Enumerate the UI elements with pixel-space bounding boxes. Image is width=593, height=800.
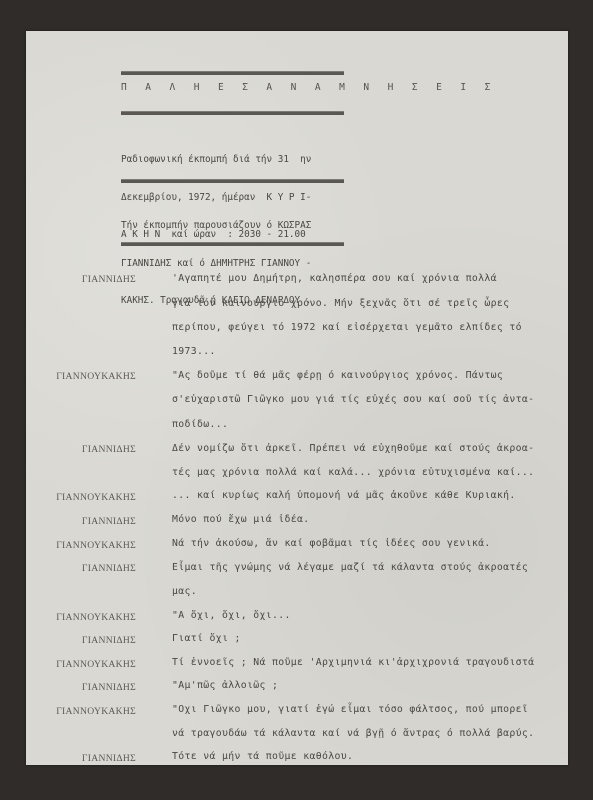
typewritten-page: Π Α Λ Η Ε Σ Α Ν Α Μ Ν Η Σ Ε Ι Σ Ραδιοφων… — [26, 31, 568, 765]
dialogue-line: 'Αγαπητέ μου Δημήτρη, καλησπέρα σου καί … — [172, 273, 497, 284]
speaker-label: ΓΙΑΝΝΟΥΚΑΚΗΣ — [26, 540, 136, 551]
dialogue-line: γιά τόν καινούργιο χρόνο. Μήν ξεχνᾶς ὅτι… — [172, 298, 509, 309]
dialogue-line: ... καί κυρίως καλή ὑπομονή νά μᾶς ἀκοῦν… — [172, 490, 516, 501]
header-rule-bottom — [121, 242, 344, 246]
dialogue-line: Γιατί ὄχι ; — [172, 633, 241, 644]
speaker-label: ΓΙΑΝΝΙΔΗΣ — [26, 516, 136, 527]
speaker-label: ΓΙΑΝΝΟΥΚΑΚΗΣ — [26, 492, 136, 503]
speaker-label: ΓΙΑΝΝΙΔΗΣ — [26, 444, 136, 455]
speaker-label: ΓΙΑΝΝΙΔΗΣ — [26, 635, 136, 646]
broadcast-info-line: Ραδιοφωνική έκπομπή διά τήν 31 ην — [121, 154, 361, 167]
dialogue-line: περίπου, φεύγει τό 1972 καί εἰσέρχεται γ… — [172, 322, 522, 333]
presenters-line: Τήν έκπομπήν παρουσιάζουν ό ΚΩΣΡΑΣ — [121, 220, 361, 233]
dialogue-line: Μόνο πού ἔχω μιά ἰδέα. — [172, 514, 309, 525]
header-rule-top — [121, 71, 344, 75]
dialogue-line: σ'εὐχαριστῶ Γιῶγκο μου γιά τίς εὐχές σου… — [172, 394, 534, 405]
dialogue-line: "Οχι Γιῶγκο μου, γιατί ἐγώ εἶμαι τόσο φά… — [172, 704, 528, 715]
header-rule-2 — [121, 111, 344, 115]
dialogue-line: Νά τήν ἀκούσω, ἄν καί φοβᾶμαι τίς ἰδέες … — [172, 538, 491, 549]
header-rule-3 — [121, 179, 344, 183]
dialogue-line: "Αμ'πῶς ἀλλοιῶς ; — [172, 680, 278, 691]
dialogue-line: "Ας δοῦμε τί θά μᾶς φέρῃ ό καινούργιος χ… — [172, 370, 503, 381]
dialogue-line: νά τραγουδάω τά κάλαντα καί νά βγῇ ό ἄντ… — [172, 728, 534, 739]
speaker-label: ΓΙΑΝΝΟΥΚΑΚΗΣ — [26, 706, 136, 717]
dialogue-line: 1973... — [172, 346, 216, 357]
presenters-info: Τήν έκπομπήν παρουσιάζουν ό ΚΩΣΡΑΣ ΓΙΑΝΝ… — [121, 195, 361, 333]
dialogue-line: Δέν νομίζω ὅτι ἀρκεῖ. Πρέπει νά εὐχηθοῦμ… — [172, 443, 534, 454]
speaker-label: ΓΙΑΝΝΙΔΗΣ — [26, 274, 136, 285]
speaker-label: ΓΙΑΝΝΙΔΗΣ — [26, 682, 136, 693]
presenters-line: ΓΙΑΝΝΙΔΗΣ καί ό ΔΗΜΗΤΡΗΣ ΓΙΑΝΝΟΥ - — [121, 258, 361, 271]
speaker-label: ΓΙΑΝΝΙΔΗΣ — [26, 563, 136, 574]
dialogue-line: μας. — [172, 586, 197, 597]
dialogue-line: Εἶμαι τῆς γνώμης νά λέγαμε μαζί τά κάλαν… — [172, 562, 528, 573]
speaker-label: ΓΙΑΝΝΟΥΚΑΚΗΣ — [26, 659, 136, 670]
speaker-label: ΓΙΑΝΝΙΔΗΣ — [26, 753, 136, 764]
dialogue-line: Τί ἐννοεῖς ; Νά ποῦμε 'Αρχιμηνιά κι'ἀρχι… — [172, 657, 534, 668]
dialogue-line: Τότε νά μήν τά ποῦμε καθόλου. — [172, 751, 353, 762]
program-title: Π Α Λ Η Ε Σ Α Ν Α Μ Ν Η Σ Ε Ι Σ — [121, 82, 351, 93]
speaker-label: ΓΙΑΝΝΟΥΚΑΚΗΣ — [26, 612, 136, 623]
dialogue-line: "Α ὄχι, ὄχι, ὄχι... — [172, 610, 291, 621]
dialogue-line: ποδίδω... — [172, 419, 228, 430]
speaker-label: ΓΙΑΝΝΟΥΚΑΚΗΣ — [26, 371, 136, 382]
dialogue-line: τές μας χρόνια πολλά καί καλά... χρόνια … — [172, 467, 534, 478]
